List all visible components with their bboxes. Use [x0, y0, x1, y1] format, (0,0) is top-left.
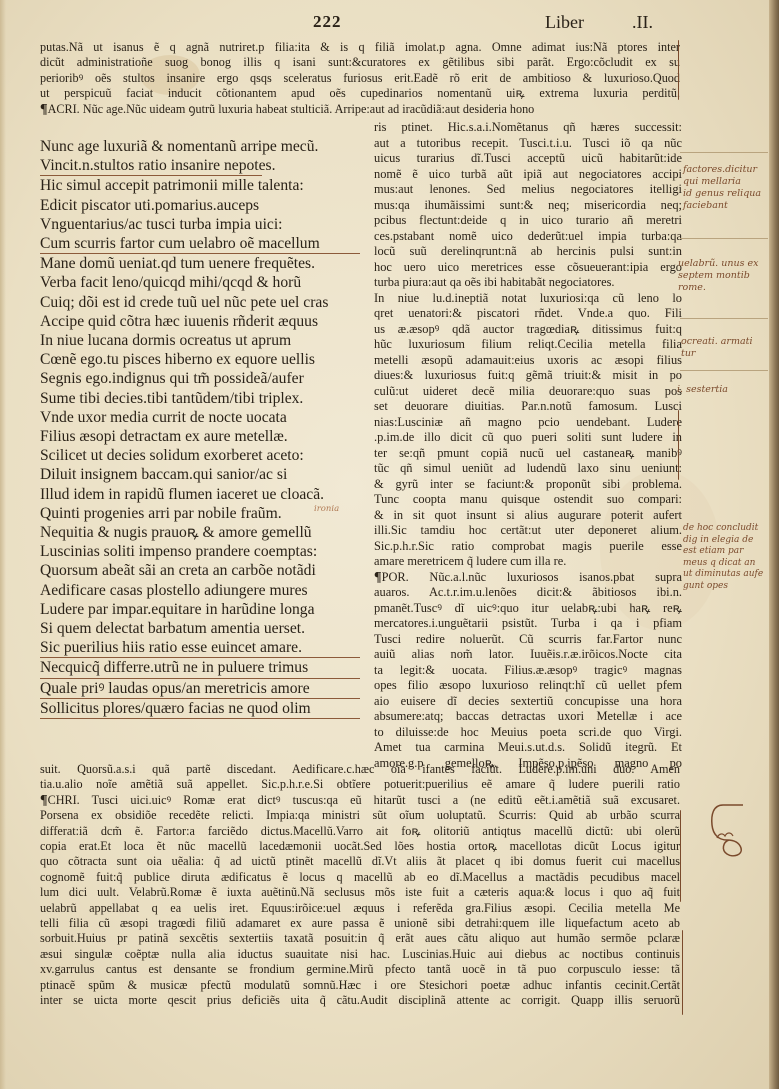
margin-note-line: ocreati. armati	[681, 336, 753, 348]
commentary-line: mus:qa ihumãissimi sunt:& neq; misericor…	[374, 198, 682, 214]
verse-line: Vnguentarius/ac tusci turba impia uici:	[40, 215, 360, 234]
text-line: putas.Nã ut isanus ẽ q agnã nutriret.p f…	[40, 40, 680, 55]
commentary-line: auiũ alias nom̃ lator. Iuuẽis.r.æ.irõico…	[374, 647, 682, 663]
margin-note-line: id genus reliqua	[683, 188, 761, 200]
page-left-edge	[0, 0, 6, 1089]
margin-note-velabrum: uelabrũ. unus ex septem montib rome.	[678, 258, 758, 294]
margin-note-ironia: ironia	[314, 503, 339, 515]
text-line-content: ACRI. Nũc age.Nũc uideam ꝯutrũ luxuria h…	[48, 102, 535, 116]
margin-note-line: meus q dicat an	[683, 558, 763, 570]
verse-line: Quinti progenies arri par nobile fraũm.	[40, 504, 360, 523]
commentary-line: tũc qñ simul ueniũt ad ludendũ laxo sinu…	[374, 461, 682, 477]
commentary-line: illi.Sic tamdiu hoc certãt:ut uter depon…	[374, 523, 682, 539]
text-line: ¶CHRI. Tusci uici.uicꝰ Romæ erat dictꝰ t…	[40, 793, 680, 808]
text-line: ut perspicuũ faciat inducit cõtionantem …	[40, 86, 680, 101]
verse-line: Verba facit leno/quicqd mihi/qcqd & horũ	[40, 273, 360, 292]
text-line: ¶ACRI. Nũc age.Nũc uideam ꝯutrũ luxuria …	[40, 102, 680, 117]
commentary-line: & in sit quot insunt si alius augurare p…	[374, 508, 682, 524]
commentary-line: .p.im.de illo dicit cũ quo pueri soliti …	[374, 430, 682, 446]
commentary-line: Amet tua carmina Meui.s.ut.d.s. Solidũ i…	[374, 740, 682, 756]
margin-note-line: i. sestertia	[677, 384, 728, 396]
text-line: perioribꝰ oẽs stultos insanire ergo qsqs…	[40, 71, 680, 86]
verse-line: Necquicq̃ differre.utrũ ne in puluere tr…	[40, 658, 360, 678]
commentary-line: turba piura:aut qa oẽs ibi habitabãt neg…	[374, 275, 682, 291]
verse-line: Cum scurris fartor cum uelabro oẽ macell…	[40, 234, 360, 254]
margin-note-ocreati: ocreati. armati tur	[681, 336, 753, 360]
commentary-line: ta legit:& uocata. Filius.æ.æsopꝰ tragic…	[374, 663, 682, 679]
commentary-line: us æ.æsopꝰ qdã auctor tragœdiaꝶ ditissim…	[374, 322, 682, 338]
commentary-line: ris ptinet. Hic.s.a.i.Nomẽtanus qñ hæres…	[374, 120, 682, 136]
commentary-line: ter se:qñ pmunt copiã nucũ uel castaneaꝶ…	[374, 446, 682, 462]
verse-line: Accipe quid cõtra hæc iuuenis rñderit æq…	[40, 312, 360, 331]
commentary-line: Tusci redire noluerũt. Cũ scurris far.Fa…	[374, 632, 682, 648]
commentary-line: Sic.p.h.r.Sic ratio comprobat magis puer…	[374, 539, 682, 555]
commentary-line: auaros. Ac.t.r.im.u.lenões dicit:& ãbiti…	[374, 585, 682, 601]
book-page: 222 Liber .II. putas.Nã ut isanus ẽ q ag…	[0, 0, 779, 1089]
paragraph-mark-icon: ¶	[40, 793, 48, 808]
text-line: inter se uicta morte qescit prius defici…	[40, 993, 680, 1008]
margin-note-line: factores.dicitur	[683, 164, 761, 176]
verse-line: Scilicet ut decies solidum exorberet ace…	[40, 446, 360, 465]
verse-line: Si quem delectat barbatum amentia uerset…	[40, 619, 360, 638]
commentary-line: & gyrũ inter se faciunt:& proponũt sibi …	[374, 477, 682, 493]
verse-line: Nequitia & nugis prauoꝶ & amore gemellũ	[40, 523, 360, 542]
paragraph-mark-icon: ¶	[374, 570, 382, 585]
margin-note-line: uelabrũ. unus ex	[678, 258, 758, 270]
margin-note-line: est etiam par	[683, 546, 763, 558]
commentary-line: culũ:ut uideret decẽ milia deuorare:quo …	[374, 384, 682, 400]
verse-line: Sic puerilius hiis ratio esse euincet am…	[40, 638, 360, 658]
margin-bracket	[680, 810, 681, 902]
text-line-content: CHRI. Tusci uici.uicꝰ Romæ erat dictꝰ tu…	[48, 793, 680, 807]
folio-number: 222	[313, 12, 342, 32]
text-line: telli filia cũ æsopi tragœdi filiũ adama…	[40, 916, 680, 931]
margin-rule	[680, 370, 768, 371]
text-line: uelabrũ appellabat q ea uelis iret. Equu…	[40, 901, 680, 916]
text-line: dicũt administratioñe suog bonog illis q…	[40, 55, 680, 70]
verse-line: Quale priꝰ laudas opus/an meretricis amo…	[40, 679, 360, 699]
commentary-line: pmanẽt.Tuscꝰ dĩ uicꝰ:quo itur uelabꝶ:ubi…	[374, 601, 682, 617]
running-head: 222 Liber .II.	[0, 12, 779, 34]
text-line: differat:iã dcm̃ ẽ. Fartor:a farciẽdo di…	[40, 824, 680, 839]
verse-line: Sume tibi decies.tibi tantũdem/tibi trip…	[40, 389, 360, 408]
verse-line: In niue lucana dormis ocreatus ut aprum	[40, 331, 360, 350]
verse-line: Aedificare casas plostello adiungere mur…	[40, 581, 360, 600]
verse-line: Nunc age luxuriã & nomentanũ arripe mecũ…	[40, 137, 360, 156]
text-line: xv.garrulus cantus est densante se frond…	[40, 962, 680, 977]
verse-line: Vnde uxor media currit de nocte uocata	[40, 408, 360, 427]
text-line: cognomẽ fuit:q̃ publice diruta ædificatu…	[40, 870, 680, 885]
book-number: .II.	[632, 12, 653, 33]
page-right-edge	[769, 0, 779, 1089]
verse-line: Hic simul accepit patrimonii mille talen…	[40, 176, 360, 195]
margin-note-de-hoc: de hoc concludit dig in elegia de est et…	[683, 523, 763, 592]
verse-line: Quorsum abeãt sãi an creta an carbõe not…	[40, 561, 360, 580]
commentary-line: amare meretricem q̃ ludere cum illa re.	[374, 554, 682, 570]
commentary-line: locũ suũ derelinqrunt:nã ab hercinis pul…	[374, 244, 682, 260]
commentary-line: mus:aut lenones. Sed melius negociatores…	[374, 182, 682, 198]
commentary-line: pcibus flectunt:deide q in uico turario …	[374, 213, 682, 229]
verse-line: Cœnẽ ego.tu pisces hiberno ex equore uel…	[40, 350, 360, 369]
commentary-line: uicus turarius dĩ.Tusci acceptũ uicũ hab…	[374, 151, 682, 167]
commentary-line: diues:& luxuriosus fuit:q gẽmã triuit:& …	[374, 368, 682, 384]
verse-line: Diluit insignem baccam.qui sanior/ac si	[40, 465, 360, 484]
top-commentary-block: putas.Nã ut isanus ẽ q agnã nutriret.p f…	[40, 40, 680, 117]
verse-line: Ludere par impar.equitare in harũdine lo…	[40, 600, 360, 619]
margin-note-line: rome.	[678, 282, 758, 294]
text-line: copia erat.Et loca ẽt nũc macellũ lacedæ…	[40, 839, 680, 854]
margin-note-line: faciebant	[683, 200, 761, 212]
commentary-line: aio euisere dĩ decies sextertiũ concupis…	[374, 694, 682, 710]
commentary-line: qret uenatori:& piscatori rñdet. Vnde.a …	[374, 306, 682, 322]
commentary-line: aut a tutoribus recepit. Tusci.t.i.u. Tu…	[374, 136, 682, 152]
margin-rule	[680, 152, 768, 153]
text-line: suit. Quorsũ.a.s.i quã partẽ discedant. …	[40, 762, 680, 777]
verse-line: Filius æsopi detractam ex aure metellæ.	[40, 427, 360, 446]
commentary-line: ¶POR. Nũc.a.l.nũc luxuriosos isanos.pbat…	[374, 570, 682, 586]
commentary-line: set deuorare diuitias. Par.n.notũ famosu…	[374, 399, 682, 415]
text-line: ptinacẽ spũm & musicæ pfectũ modulatũ so…	[40, 978, 680, 993]
paragraph-mark-icon: ¶	[40, 102, 48, 117]
commentary-line: absumere:atq; baccas detractas uxori Met…	[374, 709, 682, 725]
commentary-line: mercatores.i.unguẽtarii psistũt. Turba i…	[374, 616, 682, 632]
commentary-line: ces.pstabant nomẽ uico dederũt:uel impia…	[374, 229, 682, 245]
margin-bracket	[678, 410, 679, 480]
margin-note-line: ut diminutas aufe	[683, 569, 763, 581]
margin-note-line: dig in elegia de	[683, 535, 763, 547]
margin-note-line: gunt opes	[683, 581, 763, 593]
commentary-line: nias:Lusciniæ añ magno pcio uendebant. L…	[374, 415, 682, 431]
verse-line: Vincit.n.stultos ratio insanire nepotes.	[40, 156, 262, 176]
running-title: Liber	[545, 12, 584, 33]
verse-column: Nunc age luxuriã & nomentanũ arripe mecũ…	[40, 137, 360, 719]
verse-line: Segnis ego.indignus qui tm̃ possideã/auf…	[40, 369, 360, 388]
verse-line: Illud idem in rapidũ flumen iaceret ue c…	[40, 485, 360, 504]
margin-note-line: de hoc concludit	[683, 523, 763, 535]
text-line: tia.u.alio noĩe amẽtiã suã appellet. Sic…	[40, 777, 680, 792]
margin-note-line: qui mellaria	[683, 176, 761, 188]
margin-note-sestertia: i. sestertia	[677, 384, 728, 396]
margin-note-line: septem montib	[678, 270, 758, 282]
text-line: quo cõtracta sunt oia uẽalia: q̃ ad uict…	[40, 854, 680, 869]
text-line: Porsena ex obsidiõe recedẽte relicti. Im…	[40, 808, 680, 823]
verse-line: Luscinias soliti impenso prandere coempt…	[40, 542, 360, 561]
text-line: lum dici uult. Velabrũ.Romæ ẽ iuxta auẽt…	[40, 885, 680, 900]
commentary-line: metelli æsopũ adamauit:eius uxoris ac æs…	[374, 353, 682, 369]
margin-note-line: tur	[681, 348, 753, 360]
margin-rule	[680, 238, 768, 239]
text-line: æsui singulæ coẽptæ nulla alia iductus s…	[40, 947, 680, 962]
verse-line: Mane domũ ueniat.qd tum uenere frequẽtes…	[40, 254, 360, 273]
verse-line: Sollicitus plores/quæro facias ne quod o…	[40, 699, 360, 719]
margin-rule	[680, 318, 768, 319]
margin-bracket	[682, 930, 683, 1015]
commentary-line: opes filio æsopo luxurioso relinqt:hĩ cũ…	[374, 678, 682, 694]
verse-line: Cuiq; dõi est id crede tuũ uel nũc pete …	[40, 293, 360, 312]
margin-note-factores: factores.dicitur qui mellaria id genus r…	[683, 164, 761, 212]
commentary-line: hoc uero uico meretrices esse cõsueueran…	[374, 260, 682, 276]
commentary-line: nomẽ ẽ uico turbã aũt ipiã aut negociato…	[374, 167, 682, 183]
commentary-line-content: POR. Nũc.a.l.nũc luxuriosos isanos.pbat …	[382, 570, 682, 584]
commentary-line: to diluisse:de hoc Meuius poeta scri.de …	[374, 725, 682, 741]
commentary-line: Tunc coopta manu quisque ostendit suo co…	[374, 492, 682, 508]
commentary-line: hũc luxuriosum filium reliqt.Cecilia met…	[374, 337, 682, 353]
commentary-line: In niue lu.d.ineptiã notat luxuriosi:qa …	[374, 291, 682, 307]
pointing-hand-icon	[703, 800, 748, 860]
bottom-commentary-block: suit. Quorsũ.a.s.i quã partẽ discedant. …	[40, 762, 680, 1009]
text-line: sorbuit.Huius pr patinã sexcẽtis sextert…	[40, 931, 680, 946]
verse-line: Edicit piscator uti.pomarius.auceps	[40, 196, 360, 215]
side-commentary-column: ris ptinet. Hic.s.a.i.Nomẽtanus qñ hæres…	[374, 120, 682, 771]
margin-bracket	[678, 40, 679, 100]
